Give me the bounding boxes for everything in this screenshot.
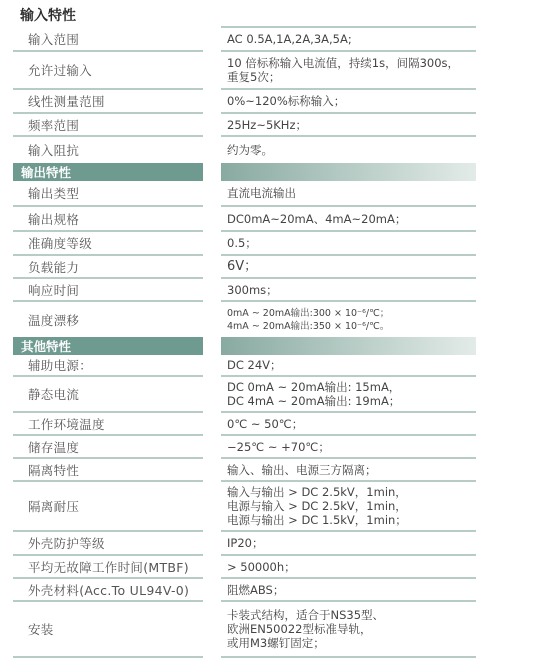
spec-label: 温度漂移: [13, 302, 203, 337]
spec-label: 负载能力: [13, 256, 203, 279]
spec-row: 允许过输入 10 倍标称输入电流值，持续1s，间隔300s， 重复5次；: [0, 52, 555, 90]
section-header-output: 输出特性: [0, 163, 555, 181]
spec-label: 允许过输入: [13, 52, 203, 90]
section-header-bar: [221, 337, 476, 355]
spec-value: DC0mA~20mA、4mA~20mA；: [221, 207, 476, 232]
spec-label: 平均无故障工作时间(MTBF): [13, 556, 203, 579]
spec-row: 温度漂移 0mA ~ 20mA输出:300 × 10⁻⁶/℃； 4mA ~ 20…: [0, 302, 555, 337]
spec-label: 外壳防护等级: [13, 532, 203, 556]
spec-row: 平均无故障工作时间(MTBF) > 50000h；: [0, 556, 555, 579]
spec-label: 准确度等级: [13, 232, 203, 256]
spec-value: AC 0.5A,1A,2A,3A,5A;: [221, 27, 476, 52]
spec-label: 隔离耐压: [13, 482, 203, 532]
spec-value: > 50000h；: [221, 556, 476, 579]
spec-label: 线性测量范围: [13, 90, 203, 114]
section-header-other: 其他特性: [0, 337, 555, 355]
spec-row: 辅助电源： DC 24V；: [0, 355, 555, 377]
spec-label: 静态电流: [13, 377, 203, 413]
spec-value: 25Hz~5KHz；: [221, 114, 476, 137]
spec-label: 辅助电源：: [13, 355, 203, 377]
spec-label: 输入范围: [13, 27, 203, 52]
spec-value: 阻燃ABS；: [221, 579, 476, 602]
spec-label: 储存温度: [13, 436, 203, 459]
spec-value: 0.5；: [221, 232, 476, 256]
spec-row: 储存温度 −25℃ ~ +70℃；: [0, 436, 555, 459]
spec-row: 负载能力 6V；: [0, 256, 555, 279]
spec-value: 300ms；: [221, 279, 476, 302]
spec-value: 10 倍标称输入电流值，持续1s，间隔300s， 重复5次；: [221, 52, 476, 90]
spec-value: IP20；: [221, 532, 476, 556]
section-header-label: 其他特性: [13, 337, 203, 355]
spec-value: 0mA ~ 20mA输出:300 × 10⁻⁶/℃； 4mA ~ 20mA输出:…: [221, 302, 476, 337]
spec-label: 安装: [13, 602, 203, 658]
spec-row: 准确度等级 0.5；: [0, 232, 555, 256]
spec-label: 外壳材料(Acc.To UL94V-0): [13, 579, 203, 602]
spec-label: 频率范围: [13, 114, 203, 137]
section-header-label: 输出特性: [13, 163, 203, 181]
spec-row: 隔离特性 输入、输出、电源三方隔离；: [0, 459, 555, 482]
spec-value: 约为零。: [221, 137, 476, 163]
spec-label: 输出类型: [13, 181, 203, 207]
spec-row: 频率范围 25Hz~5KHz；: [0, 114, 555, 137]
spec-value: DC 24V；: [221, 355, 476, 377]
spec-value: 0%~120%标称输入；: [221, 90, 476, 114]
section-title-input: 输入特性: [20, 5, 76, 25]
spec-row: 输出类型 直流电流输出: [0, 181, 555, 207]
spec-row: 静态电流 DC 0mA ~ 20mA输出: 15mA， DC 4mA ~ 20m…: [0, 377, 555, 413]
spec-label: 工作环境温度: [13, 413, 203, 436]
spec-value: DC 0mA ~ 20mA输出: 15mA， DC 4mA ~ 20mA输出: …: [221, 377, 476, 413]
spec-label: 输出规格: [13, 207, 203, 232]
spec-row: 输入范围 AC 0.5A,1A,2A,3A,5A;: [0, 27, 555, 52]
spec-label: 响应时间: [13, 279, 203, 302]
spec-value: 卡装式结构，适合于NS35型、 欧洲EN50022型标准导轨， 或用M3螺钉固定…: [221, 602, 476, 658]
spec-row: 线性测量范围 0%~120%标称输入；: [0, 90, 555, 114]
spec-label: 输入阻抗: [13, 137, 203, 163]
spec-value: 输入、输出、电源三方隔离；: [221, 459, 476, 482]
spec-row: 响应时间 300ms；: [0, 279, 555, 302]
spec-row: 输出规格 DC0mA~20mA、4mA~20mA；: [0, 207, 555, 232]
spec-row: 安装 卡装式结构，适合于NS35型、 欧洲EN50022型标准导轨， 或用M3螺…: [0, 602, 555, 658]
section-header-bar: [221, 163, 476, 181]
spec-row: 工作环境温度 0℃ ~ 50℃；: [0, 413, 555, 436]
spec-value: −25℃ ~ +70℃；: [221, 436, 476, 459]
spec-value: 输入与输出 > DC 2.5kV，1min， 电源与输入 > DC 2.5kV，…: [221, 482, 476, 532]
spec-row: 隔离耐压 输入与输出 > DC 2.5kV，1min， 电源与输入 > DC 2…: [0, 482, 555, 532]
spec-value: 0℃ ~ 50℃；: [221, 413, 476, 436]
spec-value: 6V；: [221, 256, 476, 279]
spec-value: 直流电流输出: [221, 181, 476, 207]
spec-row: 输入阻抗 约为零。: [0, 137, 555, 163]
spec-row: 外壳防护等级 IP20；: [0, 532, 555, 556]
spec-row: 外壳材料(Acc.To UL94V-0) 阻燃ABS；: [0, 579, 555, 602]
spec-label: 隔离特性: [13, 459, 203, 482]
